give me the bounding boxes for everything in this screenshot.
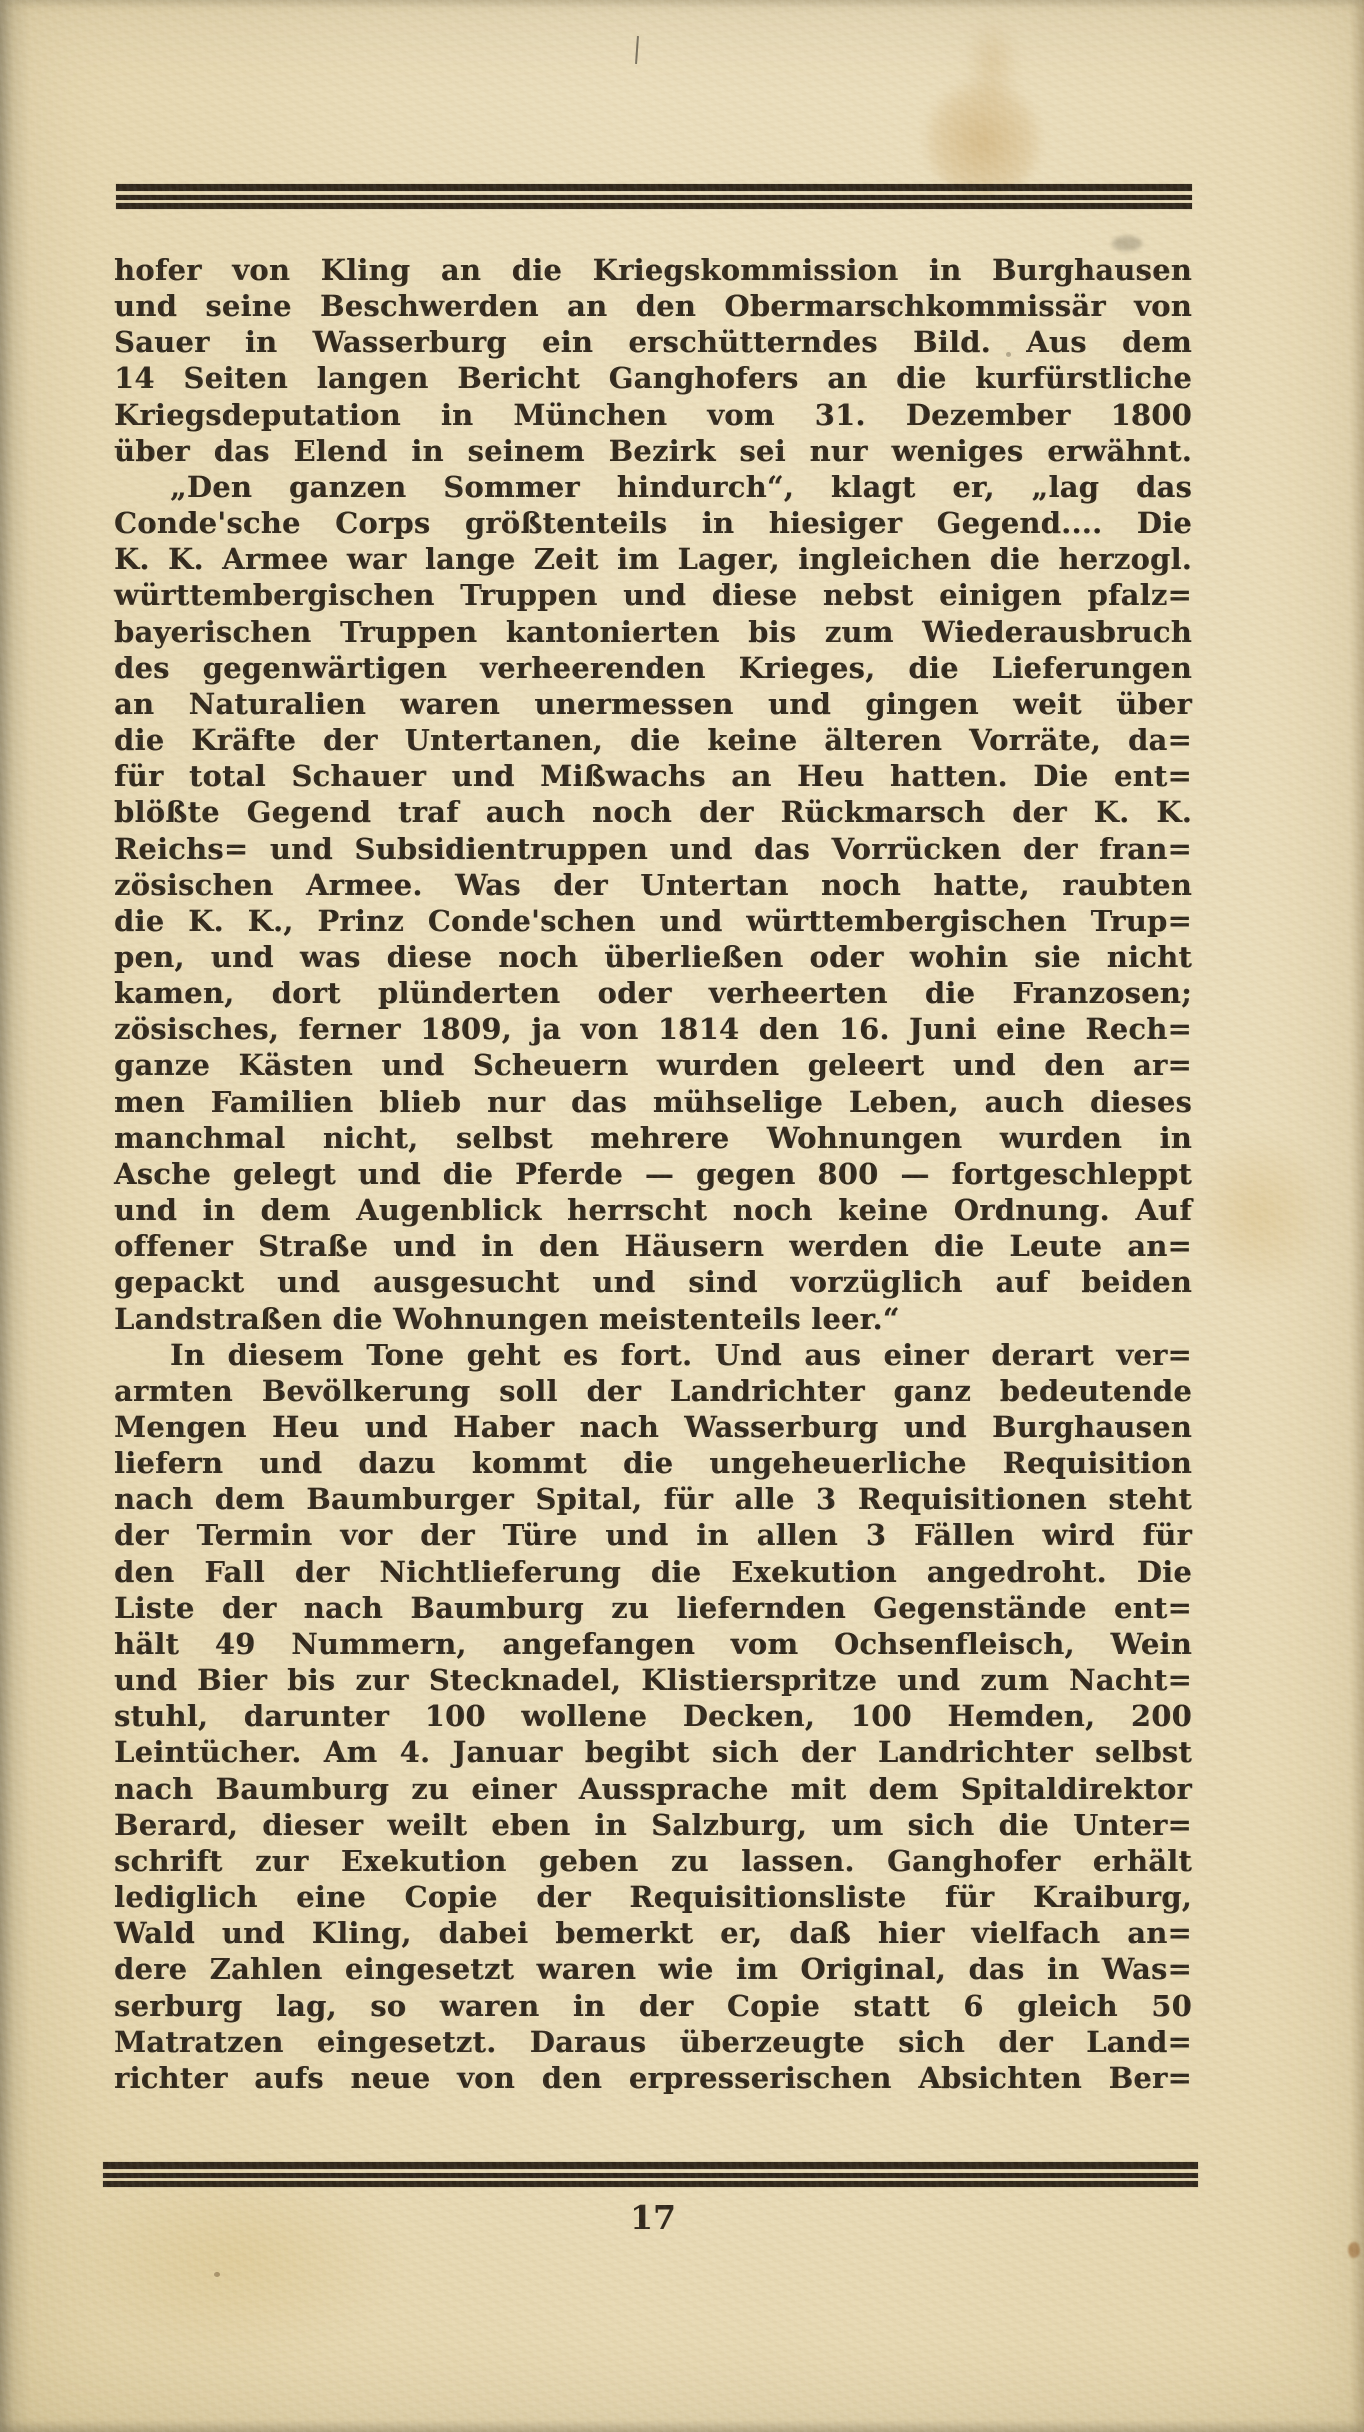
- text-line: gepackt und ausgesucht und sind vorzügli…: [114, 1264, 1192, 1300]
- paper-speck: [635, 36, 639, 64]
- text-line: K. K. Armee war lange Zeit im Lager, ing…: [114, 541, 1192, 577]
- text-line: „Den ganzen Sommer hindurch“, klagt er, …: [114, 469, 1192, 505]
- text-line: serburg lag, so waren in der Copie statt…: [114, 1988, 1192, 2024]
- text-line: Matratzen eingesetzt. Daraus überzeugte …: [114, 2024, 1192, 2060]
- paper-stain: [1188, 1130, 1328, 1300]
- text-line: des gegenwärtigen verheerenden Krieges, …: [114, 650, 1192, 686]
- text-line: dere Zahlen eingesetzt waren wie im Orig…: [114, 1951, 1192, 1987]
- paper-stain: [70, 2160, 400, 2360]
- text-line: Reichs= und Subsidientruppen und das Vor…: [114, 831, 1192, 867]
- text-line: nach Baumburg zu einer Aussprache mit de…: [114, 1771, 1192, 1807]
- text-line: Liste der nach Baumburg zu liefernden Ge…: [114, 1590, 1192, 1626]
- text-line: der Termin vor der Türe und in allen 3 F…: [114, 1517, 1192, 1553]
- bottom-rule: [103, 2162, 1198, 2187]
- text-line: über das Elend in seinem Bezirk sei nur …: [114, 433, 1192, 469]
- book-page: hofer von Kling an die Kriegskommission …: [0, 0, 1364, 2432]
- text-line: offener Straße und in den Häusern werden…: [114, 1228, 1192, 1264]
- text-line: kamen, dort plünderten oder verheerten d…: [114, 975, 1192, 1011]
- text-line: Mengen Heu und Haber nach Wasserburg und…: [114, 1409, 1192, 1445]
- text-line: Leintücher. Am 4. Januar begibt sich der…: [114, 1734, 1192, 1770]
- text-line: die K. K., Prinz Conde'schen und württem…: [114, 903, 1192, 939]
- text-line: pen, und was diese noch überließen oder …: [114, 939, 1192, 975]
- page-edge-top: [0, 0, 1364, 8]
- text-line: liefern und dazu kommt die ungeheuerlich…: [114, 1445, 1192, 1481]
- paper-speck: [214, 2272, 220, 2277]
- page-edge-right: [1350, 0, 1364, 2432]
- text-line: zösisches, ferner 1809, ja von 1814 den …: [114, 1011, 1192, 1047]
- text-line: und seine Beschwerden an den Obermarschk…: [114, 288, 1192, 324]
- text-line: Kriegsdeputation in München vom 31. Deze…: [114, 397, 1192, 433]
- rule-line: [103, 2162, 1198, 2169]
- text-line: bayerischen Truppen kantonierten bis zum…: [114, 614, 1192, 650]
- paper-speck: [1112, 236, 1142, 251]
- text-line: nach dem Baumburger Spital, für alle 3 R…: [114, 1481, 1192, 1517]
- text-line: zösischen Armee. Was der Untertan noch h…: [114, 867, 1192, 903]
- paper-stain: [922, 78, 1044, 196]
- text-line: stuhl, darunter 100 wollene Decken, 100 …: [114, 1698, 1192, 1734]
- page-edge-bottom: [0, 2420, 1364, 2432]
- text-line: Sauer in Wasserburg ein erschütterndes B…: [114, 324, 1192, 360]
- text-line: Asche gelegt und die Pferde — gegen 800 …: [114, 1156, 1192, 1192]
- page-number: 17: [114, 2198, 1192, 2237]
- text-line: ganze Kästen und Scheuern wurden geleert…: [114, 1047, 1192, 1083]
- text-line: und Bier bis zur Stecknadel, Klistierspr…: [114, 1662, 1192, 1698]
- text-line: 14 Seiten langen Bericht Ganghofers an d…: [114, 360, 1192, 396]
- text-line: Wald und Kling, dabei bemerkt er, daß hi…: [114, 1915, 1192, 1951]
- text-line: die Kräfte der Untertanen, die keine ält…: [114, 722, 1192, 758]
- rule-line: [103, 2173, 1198, 2178]
- text-line: hofer von Kling an die Kriegskommission …: [114, 252, 1192, 288]
- text-line: und in dem Augenblick herrscht noch kein…: [114, 1192, 1192, 1228]
- rule-line: [116, 203, 1192, 209]
- text-line: In diesem Tone geht es fort. Und aus ein…: [114, 1337, 1192, 1373]
- text-line: Berard, dieser weilt eben in Salzburg, u…: [114, 1807, 1192, 1843]
- text-line: blößte Gegend traf auch noch der Rückmar…: [114, 794, 1192, 830]
- text-line: für total Schauer und Mißwachs an Heu ha…: [114, 758, 1192, 794]
- text-line: schrift zur Exekution geben zu lassen. G…: [114, 1843, 1192, 1879]
- text-line: Conde'sche Corps größtenteils in hiesige…: [114, 505, 1192, 541]
- text-line: lediglich eine Copie der Requisitionslis…: [114, 1879, 1192, 1915]
- text-line: den Fall der Nichtlieferung die Exekutio…: [114, 1554, 1192, 1590]
- text-line: an Naturalien waren unermessen und ginge…: [114, 686, 1192, 722]
- text-line: manchmal nicht, selbst mehrere Wohnungen…: [114, 1120, 1192, 1156]
- text-line: württembergischen Truppen und diese nebs…: [114, 577, 1192, 613]
- top-rule: [116, 184, 1192, 209]
- paper-stain: [1348, 2242, 1360, 2258]
- rule-line: [103, 2181, 1198, 2187]
- text-block: hofer von Kling an die Kriegskommission …: [114, 252, 1192, 2096]
- page-edge-left: [0, 0, 30, 2432]
- text-line: hält 49 Nummern, angefangen vom Ochsenfl…: [114, 1626, 1192, 1662]
- rule-line: [116, 195, 1192, 200]
- paper-stain: [965, 18, 1020, 108]
- text-line: richter aufs neue von den erpresserische…: [114, 2060, 1192, 2096]
- text-line: Landstraßen die Wohnungen meistenteils l…: [114, 1301, 1192, 1337]
- text-line: armten Bevölkerung soll der Landrichter …: [114, 1373, 1192, 1409]
- text-line: men Familien blieb nur das mühselige Leb…: [114, 1084, 1192, 1120]
- rule-line: [116, 184, 1192, 191]
